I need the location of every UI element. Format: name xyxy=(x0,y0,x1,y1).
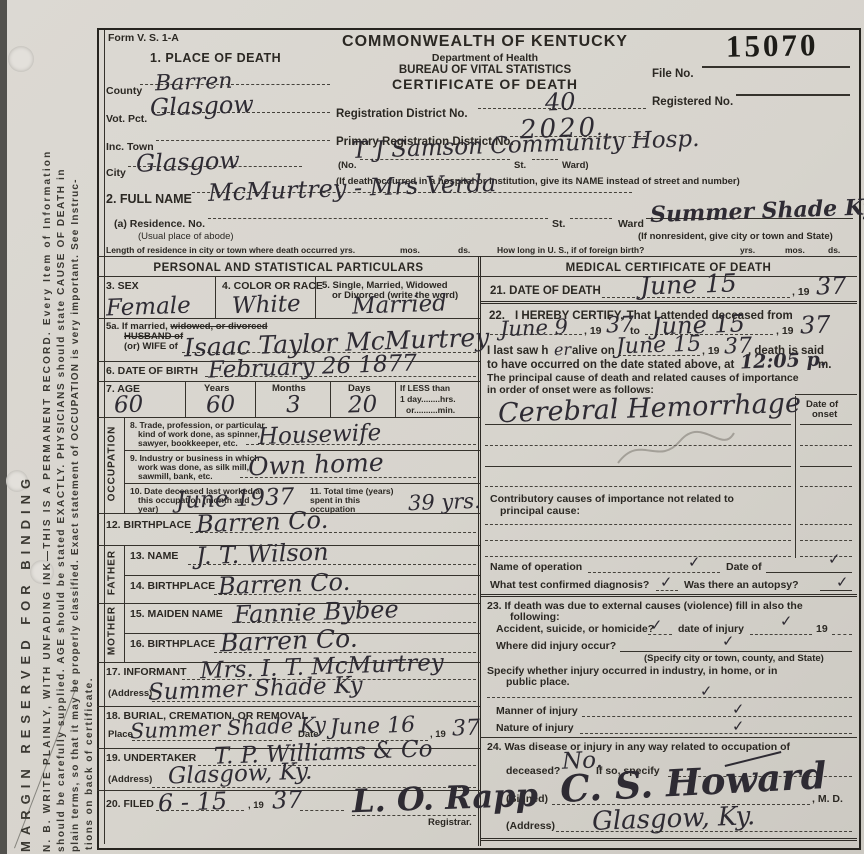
department-heading: Department of Health xyxy=(340,53,630,64)
cell-divider xyxy=(124,545,125,603)
contributory-line xyxy=(485,556,791,557)
age-days-value: 20 xyxy=(348,393,378,417)
file-no-blank xyxy=(702,66,850,68)
margin-instruction-line3: plain terms, so that it may be properly … xyxy=(70,40,81,852)
date-of-injury-checkmark: ✓ xyxy=(780,614,793,629)
full-name-label: 2. FULL NAME xyxy=(106,193,192,206)
cell-divider xyxy=(255,381,256,417)
cause-line xyxy=(485,486,791,487)
street-st-label: St. xyxy=(514,161,526,171)
autopsy-label: Was there an autopsy? xyxy=(684,580,799,591)
bureau-heading: BUREAU OF VITAL STATISTICS xyxy=(340,64,630,76)
accident-label: Accident, suicide, or homicide? xyxy=(496,624,654,635)
filed-label: 20. FILED xyxy=(106,799,154,810)
margin-binding-note: MARGIN RESERVED FOR BINDING xyxy=(18,330,33,852)
certificate-heading: CERTIFICATE OF DEATH xyxy=(340,77,630,92)
row-divider xyxy=(124,483,480,484)
registration-district-label: Registration District No. xyxy=(336,108,468,120)
last-saw-label2: alive on xyxy=(572,345,615,357)
ifless-label: If LESS than xyxy=(400,384,450,393)
nature-checkmark: ✓ xyxy=(732,719,745,734)
contributory-line xyxy=(485,524,791,525)
length-of-residence-label: Length of residence in city or town wher… xyxy=(106,246,337,255)
last-saw-label1: I last saw h xyxy=(487,345,548,357)
race-label: 4. COLOR OR RACE xyxy=(222,281,323,292)
nonresident-note: (If nonresident, give city or town and S… xyxy=(638,232,833,242)
manner-of-injury-blank xyxy=(582,716,852,717)
informant-label: 17. INFORMANT xyxy=(106,667,187,678)
physician-address-value: Glasgow, Ky. xyxy=(592,803,756,835)
filed-nineteen-label: , 19 xyxy=(248,801,264,811)
margin-instruction-line1: N. B. WRITE PLAINLY, WITH UNFADING INK—T… xyxy=(42,40,53,852)
residence-st-blank xyxy=(570,218,612,219)
inc-town-blank xyxy=(156,140,330,141)
ds-label: ds. xyxy=(828,246,840,255)
residence-blank xyxy=(208,218,548,219)
specify-city-note: (Specify city or town, county, and State… xyxy=(644,654,824,664)
row-divider xyxy=(97,381,480,382)
personal-section-title: PERSONAL AND STATISTICAL PARTICULARS xyxy=(97,262,480,274)
specify-injury-blank xyxy=(487,697,852,698)
birthplace-label: 12. BIRTHPLACE xyxy=(106,520,191,531)
vot-pct-value: Glasgow xyxy=(150,92,255,120)
city-label: City xyxy=(106,168,126,179)
date-of-label: Date of xyxy=(726,562,762,573)
city-value: Glasgow xyxy=(136,148,241,176)
ormin-label: or..........min. xyxy=(406,406,455,415)
certificate-stamp-number: 15070 xyxy=(726,27,819,65)
residence-st-label: St. xyxy=(552,219,565,230)
trade-label3: sawyer, bookkeeper, etc. xyxy=(138,439,238,448)
onset-line xyxy=(800,424,852,425)
yrs-label: yrs. xyxy=(340,246,355,255)
industry-label3: sawmill, bank, etc. xyxy=(138,472,213,481)
section-divider xyxy=(97,276,857,277)
cell-divider xyxy=(215,276,216,318)
physician-address-label: (Address) xyxy=(506,821,555,832)
section-divider xyxy=(97,256,857,257)
contributory-line xyxy=(485,540,791,541)
date-of-death-value: June 15 xyxy=(640,270,738,298)
registered-no-blank xyxy=(736,94,850,96)
date-of-onset-label2: onset xyxy=(812,410,837,420)
industry-value: Own home xyxy=(248,450,384,480)
informant-address-label: (Address) xyxy=(108,689,152,699)
to-nineteen-label: , 19 xyxy=(776,326,794,337)
howlong-us-label: How long in U. S., if of foreign birth? xyxy=(497,246,644,255)
inner-border-line xyxy=(104,30,105,844)
cell-divider xyxy=(124,417,125,513)
wife-of-label: (or) WIFE of xyxy=(124,342,178,352)
last-saw-date-value: June 15 xyxy=(616,334,702,359)
row-divider xyxy=(480,737,857,738)
vot-pct-label: Vot. Pct. xyxy=(106,114,147,125)
operation-label: Name of operation xyxy=(490,562,582,573)
where-injury-label: Where did injury occur? xyxy=(496,641,616,652)
operation-date-checkmark: ✓ xyxy=(828,552,841,567)
street-ward-label: Ward) xyxy=(562,161,589,171)
registered-no-label: Registered No. xyxy=(652,96,733,108)
item-24-label: 24. Was disease or injury in any way rel… xyxy=(487,742,790,753)
street-st-blank xyxy=(532,159,558,160)
injury-nineteen-label: 19 xyxy=(816,624,828,635)
manner-of-injury-label: Manner of injury xyxy=(496,706,578,717)
registration-district-value: 40 xyxy=(545,89,576,114)
residence-label: (a) Residence. No. xyxy=(114,219,205,230)
form-number: Form V. S. 1-A xyxy=(108,33,179,44)
occurred-label: to have occurred on the date stated abov… xyxy=(487,359,734,371)
principal-cause-label1: The principal cause of death and related… xyxy=(487,373,799,384)
trade-value: Housewife xyxy=(258,422,382,449)
injury-year-blank xyxy=(832,634,852,635)
mother-maiden-label: 15. MAIDEN NAME xyxy=(130,609,223,620)
age-value: 60 xyxy=(114,393,144,417)
occupation-group-label: OCCUPATION xyxy=(107,414,118,514)
onset-line xyxy=(800,466,852,467)
last-saw-pronoun: er xyxy=(554,342,572,359)
ds-label: ds. xyxy=(458,246,470,255)
mother-birthplace-value: Barren Co. xyxy=(220,626,359,656)
onset-column-divider xyxy=(795,396,796,558)
scan-edge xyxy=(0,0,7,854)
marital-value: Married xyxy=(352,292,448,318)
residence-value: Summer Shade Ky. xyxy=(650,196,864,226)
mother-birthplace-label: 16. BIRTHPLACE xyxy=(130,639,215,650)
place-of-death-heading: 1. PLACE OF DEATH xyxy=(150,52,281,65)
date-of-injury-blank xyxy=(750,634,812,635)
father-birthplace-value: Barren Co. xyxy=(218,570,351,599)
scanned-death-certificate: MARGIN RESERVED FOR BINDING N. B. WRITE … xyxy=(0,0,864,854)
onset-box-top xyxy=(795,394,857,395)
row-divider xyxy=(97,706,480,707)
where-injury-blank xyxy=(620,651,852,652)
margin-instruction-line2: should be carefully supplied. AGE should… xyxy=(56,40,67,852)
mother-group-label: MOTHER xyxy=(107,596,118,666)
nature-of-injury-label: Nature of injury xyxy=(496,723,574,734)
filed-year-blank xyxy=(300,810,344,811)
test-checkmark: ✓ xyxy=(660,575,673,590)
yrs-label: yrs. xyxy=(740,246,755,255)
sex-value: Female xyxy=(106,295,192,321)
double-rule xyxy=(480,301,857,304)
mos-label: mos. xyxy=(785,246,805,255)
attended-from-value: June 9 xyxy=(500,317,569,340)
accident-checkmark: ✓ xyxy=(650,618,663,633)
margin-instruction-line4: tions on back of certificate. xyxy=(84,600,95,850)
filed-date-value: 6 - 15 xyxy=(158,789,228,815)
nature-of-injury-blank xyxy=(580,733,852,734)
father-name-value: J. T. Wilson xyxy=(196,540,329,569)
specify-injury-checkmark: ✓ xyxy=(700,684,713,699)
time-of-death-value: 12:05 p. xyxy=(740,350,827,372)
county-label: County xyxy=(106,86,142,97)
birthplace-value: Barren Co. xyxy=(196,508,329,537)
age-months-value: 3 xyxy=(286,394,301,417)
contributory-label2: principal cause: xyxy=(500,506,580,517)
file-no-label: File No. xyxy=(652,68,694,80)
residence-ward-label: Ward xyxy=(618,219,644,230)
onset-line xyxy=(800,486,852,487)
test-label: What test confirmed diagnosis? xyxy=(490,580,649,591)
double-rule xyxy=(480,838,857,841)
cell-divider xyxy=(315,276,316,318)
onset-line xyxy=(800,540,852,541)
burial-year-value: 37 xyxy=(452,718,481,741)
specify-injury-label2: public place. xyxy=(506,677,570,688)
mos-label: mos. xyxy=(400,246,420,255)
date-of-death-label: 21. DATE OF DEATH xyxy=(490,285,601,297)
age-years-value: 60 xyxy=(206,393,236,417)
father-birthplace-label: 14. BIRTHPLACE xyxy=(130,581,215,592)
seen-nineteen-label: , 19 xyxy=(702,346,720,357)
race-value: White xyxy=(232,293,301,318)
dod-nineteen-label: , 19 xyxy=(792,287,810,298)
abode-note: (Usual place of abode) xyxy=(138,232,234,242)
undertaker-address-label: (Address) xyxy=(108,775,152,785)
cell-divider xyxy=(330,381,331,417)
burial-date-value: June 16 xyxy=(330,715,416,740)
onset-line xyxy=(800,524,852,525)
onset-line xyxy=(800,556,852,557)
operation-blank xyxy=(588,572,720,573)
father-name-label: 13. NAME xyxy=(130,551,178,562)
totaltime-value: 39 yrs. xyxy=(408,491,481,515)
where-injury-checkmark: ✓ xyxy=(722,634,735,649)
pencil-scribble xyxy=(610,425,740,470)
punch-hole xyxy=(8,46,34,72)
cell-divider xyxy=(185,381,186,417)
commonwealth-heading: COMMONWEALTH OF KENTUCKY xyxy=(340,34,630,51)
registrar-label: Registrar. xyxy=(428,818,472,828)
autopsy-checkmark: ✓ xyxy=(836,575,849,590)
from-nineteen-label: , 19 xyxy=(584,326,602,337)
contributory-label1: Contributory causes of importance not re… xyxy=(490,494,734,505)
cell-divider xyxy=(395,381,396,417)
double-rule xyxy=(480,594,857,597)
dod-year-value: 37 xyxy=(816,273,847,298)
oneday-label: 1 day........hrs. xyxy=(400,395,456,404)
undertaker-address-value: Glasgow, Ky. xyxy=(168,760,313,788)
manner-checkmark: ✓ xyxy=(732,702,745,717)
onset-line xyxy=(800,445,852,446)
to-year-value: 37 xyxy=(800,312,831,337)
dob-label: 6. DATE OF BIRTH xyxy=(106,366,198,377)
operation-checkmark: ✓ xyxy=(688,555,701,570)
registrar-signature: L. O. Rapp xyxy=(351,779,538,817)
burial-nineteen-label: , 19 xyxy=(430,730,446,740)
filed-year-value: 37 xyxy=(272,787,303,812)
mother-maiden-value: Fannie Bybee xyxy=(234,597,399,627)
sex-label: 3. SEX xyxy=(106,281,139,292)
item-23-following: following: xyxy=(510,612,560,623)
